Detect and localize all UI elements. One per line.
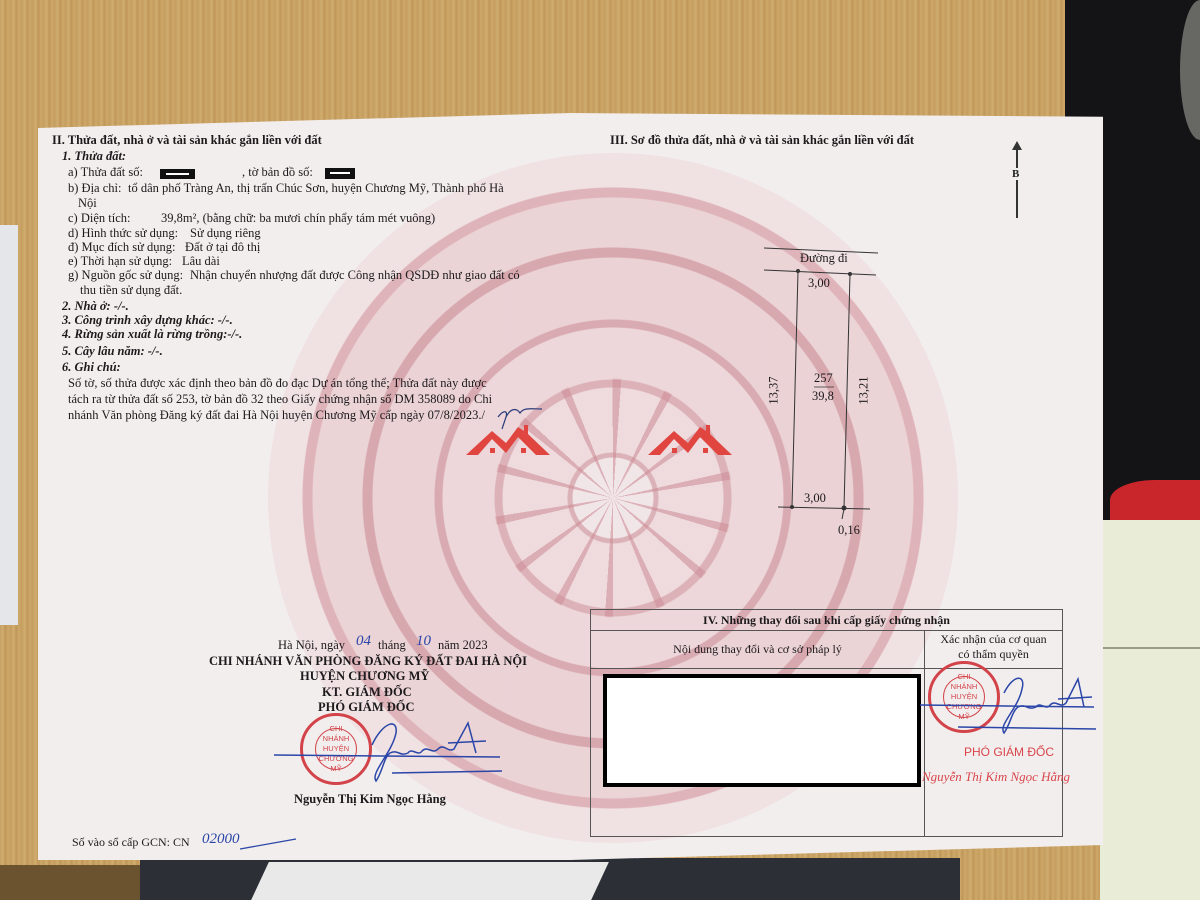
address-label: b) Địa chỉ: bbox=[68, 181, 121, 196]
area-value: 39,8m², (bằng chữ: ba mươi chín phẩy tám… bbox=[161, 211, 435, 226]
notes-heading: 6. Ghi chú: bbox=[62, 360, 121, 375]
registry-label: Số vào sổ cấp GCN: CN bbox=[72, 835, 190, 850]
bottom-edge-length: 3,00 bbox=[804, 491, 826, 506]
area-label: c) Diện tích: bbox=[68, 211, 130, 226]
map-sheet-redacted bbox=[325, 168, 355, 179]
right-edge-length: 13,21 bbox=[857, 376, 872, 404]
signature bbox=[272, 713, 502, 783]
changes-col-confirm-header: Xác nhận của cơ quan có thẩm quyền bbox=[925, 632, 1062, 662]
origin-label: g) Nguồn gốc sử dụng: bbox=[68, 268, 183, 283]
other-construction-item: 3. Công trình xây dựng khác: -/-. bbox=[62, 313, 233, 328]
watermark-house-logo-icon bbox=[466, 423, 550, 457]
issuer-org-line2: HUYỆN CHƯƠNG MỸ bbox=[300, 669, 429, 684]
confirm-name: Nguyễn Thị Kim Ngọc Hằng bbox=[922, 769, 1070, 785]
changes-table-title: IV. Những thay đổi sau khi cấp giấy chứn… bbox=[591, 610, 1062, 631]
background-red-object bbox=[1110, 480, 1200, 520]
offset-length: 0,16 bbox=[838, 523, 860, 538]
watermark-house-logo-icon bbox=[648, 423, 732, 457]
confirm-signature bbox=[918, 673, 1098, 743]
notes-line-2: tách ra từ thửa đất số 253, tờ bản đồ 32… bbox=[68, 392, 492, 407]
term-value: Lâu dài bbox=[182, 254, 220, 269]
left-edge-length: 13,37 bbox=[767, 376, 782, 404]
purpose-label: đ) Mục đích sử dụng: bbox=[68, 240, 175, 255]
north-arrow-line bbox=[1016, 148, 1018, 218]
background-wood-shadow bbox=[0, 865, 140, 900]
parcel-area: 39,8 bbox=[812, 389, 834, 404]
term-label: e) Thời hạn sử dụng: bbox=[68, 254, 172, 269]
origin-value-cont: thu tiền sử dụng đất. bbox=[80, 283, 182, 298]
section3-title: III. Sơ đồ thửa đất, nhà ở và tài sản kh… bbox=[610, 133, 914, 148]
top-edge-length: 3,00 bbox=[808, 276, 830, 291]
signer-name: Nguyễn Thị Kim Ngọc Hằng bbox=[294, 792, 446, 807]
notes-line-1: Số tờ, số thửa được xác định theo bản đồ… bbox=[68, 376, 487, 391]
parcel-number-redacted bbox=[160, 169, 195, 179]
issuer-org-line1: CHI NHÁNH VĂN PHÒNG ĐĂNG KÝ ĐẤT ĐAI HÀ N… bbox=[209, 654, 527, 669]
issue-year: năm 2023 bbox=[438, 638, 488, 653]
address-value: tổ dân phố Tràng An, thị trấn Chúc Sơn, … bbox=[128, 181, 504, 196]
parcel-label: a) Thửa đất số: bbox=[68, 165, 143, 180]
background-paper-edge bbox=[0, 225, 18, 625]
parcel-diagram: Đường đi 3,00 3,00 13,37 13,21 257 39,8 … bbox=[758, 243, 898, 523]
issue-date-prefix: Hà Nội, ngày bbox=[278, 638, 345, 653]
origin-value: Nhận chuyển nhượng đất được Công nhận QS… bbox=[190, 268, 520, 283]
north-label: B bbox=[1012, 168, 1019, 180]
registry-underline bbox=[238, 835, 298, 855]
road-label: Đường đi bbox=[800, 251, 848, 266]
use-form-value: Sử dụng riêng bbox=[190, 226, 261, 241]
issue-month: 10 bbox=[416, 633, 431, 650]
changes-col-content-header: Nội dung thay đổi và cơ sở pháp lý bbox=[591, 630, 924, 668]
land-certificate-document: II. Thửa đất, nhà ở và tài sản khác gắn … bbox=[38, 113, 1103, 860]
registry-number: 02000 bbox=[202, 831, 240, 848]
background-bottom-light bbox=[251, 862, 609, 900]
issue-month-prefix: tháng bbox=[378, 638, 406, 653]
use-form-label: d) Hình thức sử dụng: bbox=[68, 226, 178, 241]
house-item: 2. Nhà ở: -/-. bbox=[62, 299, 129, 314]
redacted-change-content bbox=[603, 674, 921, 787]
land-heading: 1. Thửa đất: bbox=[62, 149, 126, 164]
background-floor-line bbox=[1100, 647, 1200, 649]
purpose-value: Đất ở tại đô thị bbox=[185, 240, 260, 255]
confirm-role: PHÓ GIÁM ĐỐC bbox=[964, 745, 1054, 759]
notes-line-3: nhánh Văn phòng Đăng ký đất đai Hà Nội h… bbox=[68, 408, 485, 423]
issue-day: 04 bbox=[356, 633, 371, 650]
perennial-trees-item: 5. Cây lâu năm: -/-. bbox=[62, 344, 163, 359]
table-divider bbox=[591, 668, 1062, 669]
map-sheet-label: , tờ bản đồ số: bbox=[242, 165, 313, 180]
background-floor bbox=[1100, 520, 1200, 900]
production-forest-item: 4. Rừng sản xuất là rừng trồng:-/-. bbox=[62, 327, 242, 342]
issuer-role-line1: KT. GIÁM ĐỐC bbox=[322, 685, 412, 700]
parcel-number: 257 bbox=[814, 371, 833, 386]
section2-title: II. Thửa đất, nhà ở và tài sản khác gắn … bbox=[52, 133, 322, 148]
address-value-cont: Nội bbox=[78, 196, 97, 211]
